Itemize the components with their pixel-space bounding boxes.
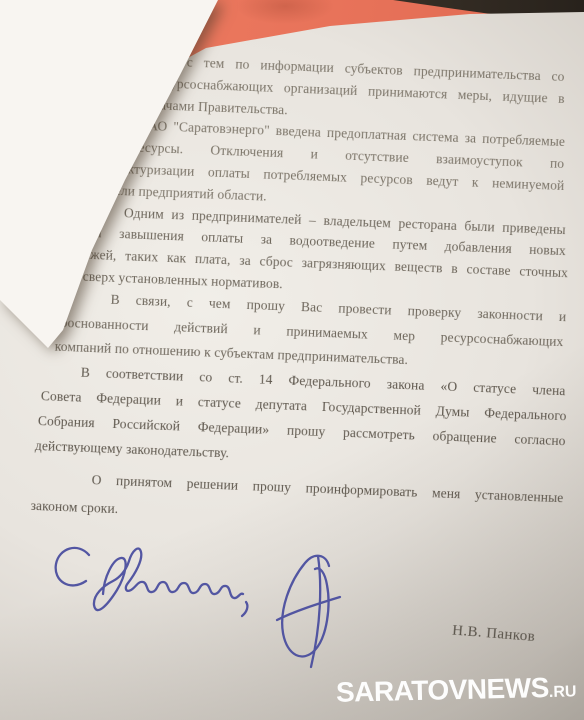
overlapping-page-corner	[0, 0, 584, 720]
watermark-tld: .RU	[549, 683, 577, 701]
watermark: SARATOVNEWS.RU	[336, 671, 584, 709]
photo-of-letter: с тем по информации субъектов предприним…	[0, 0, 584, 720]
watermark-brand: SARATOVNEWS	[336, 672, 549, 708]
overlapping-page-shadow	[0, 0, 584, 720]
